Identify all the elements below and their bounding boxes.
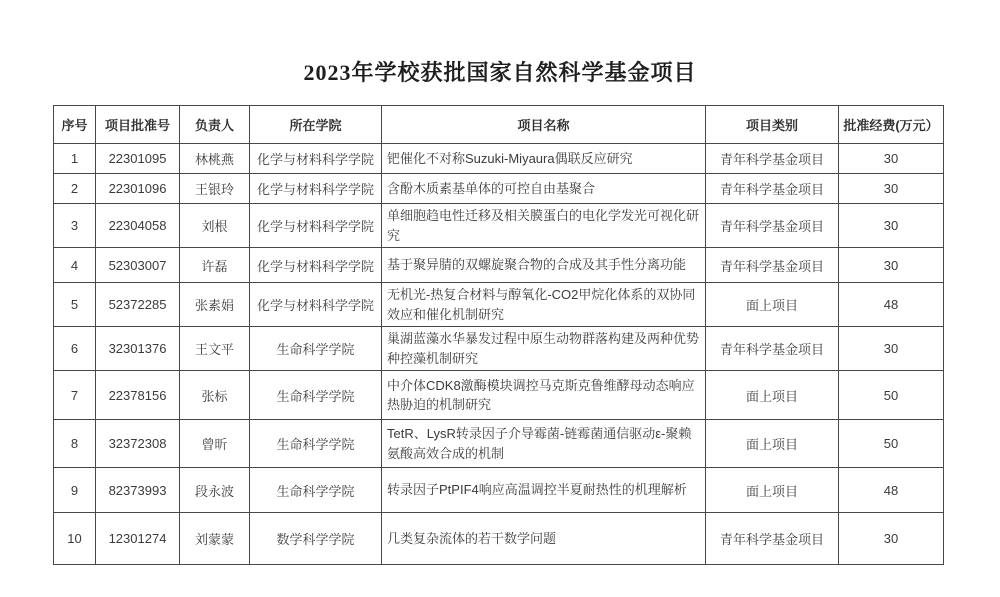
cell-serial-number: 7 bbox=[54, 371, 96, 420]
cell-project-category: 面上项目 bbox=[706, 420, 839, 468]
cell-serial-number: 1 bbox=[54, 144, 96, 174]
cell-project-category: 青年科学基金项目 bbox=[706, 174, 839, 204]
header-project-title: 项目名称 bbox=[382, 106, 706, 144]
cell-college: 化学与材料科学学院 bbox=[250, 204, 382, 248]
cell-project-title: 无机光-热复合材料与醇氧化-CO2甲烷化体系的双协同效应和催化机制研究 bbox=[382, 283, 706, 327]
cell-principal-investigator: 林桃燕 bbox=[180, 144, 250, 174]
header-grant-number: 项目批准号 bbox=[96, 106, 180, 144]
cell-principal-investigator: 曾昕 bbox=[180, 420, 250, 468]
cell-project-category: 青年科学基金项目 bbox=[706, 513, 839, 565]
cell-project-title: 钯催化不对称Suzuki-Miyaura偶联反应研究 bbox=[382, 144, 706, 174]
table-row: 2 22301096 王银玲 化学与材料科学学院 含酚木质素基单体的可控自由基聚… bbox=[54, 174, 944, 204]
cell-grant-number: 22378156 bbox=[96, 371, 180, 420]
table-row: 4 52303007 许磊 化学与材料科学学院 基于聚异腈的双螺旋聚合物的合成及… bbox=[54, 248, 944, 283]
cell-serial-number: 5 bbox=[54, 283, 96, 327]
cell-serial-number: 3 bbox=[54, 204, 96, 248]
cell-principal-investigator: 许磊 bbox=[180, 248, 250, 283]
table-row: 10 12301274 刘蒙蒙 数学科学学院 几类复杂流体的若干数学问题 青年科… bbox=[54, 513, 944, 565]
cell-project-category: 面上项目 bbox=[706, 371, 839, 420]
table-row: 7 22378156 张标 生命科学学院 中介体CDK8激酶模块调控马克斯克鲁维… bbox=[54, 371, 944, 420]
cell-college: 化学与材料科学学院 bbox=[250, 283, 382, 327]
cell-approved-budget: 30 bbox=[839, 327, 944, 371]
header-project-category: 项目类别 bbox=[706, 106, 839, 144]
cell-approved-budget: 30 bbox=[839, 248, 944, 283]
header-college: 所在学院 bbox=[250, 106, 382, 144]
cell-grant-number: 32301376 bbox=[96, 327, 180, 371]
cell-project-title: 转录因子PtPIF4响应高温调控半夏耐热性的机理解析 bbox=[382, 468, 706, 513]
cell-principal-investigator: 张素娟 bbox=[180, 283, 250, 327]
table-row: 5 52372285 张素娟 化学与材料科学学院 无机光-热复合材料与醇氧化-C… bbox=[54, 283, 944, 327]
cell-project-title: 基于聚异腈的双螺旋聚合物的合成及其手性分离功能 bbox=[382, 248, 706, 283]
cell-principal-investigator: 王银玲 bbox=[180, 174, 250, 204]
cell-project-category: 青年科学基金项目 bbox=[706, 327, 839, 371]
cell-college: 化学与材料科学学院 bbox=[250, 144, 382, 174]
cell-grant-number: 22301095 bbox=[96, 144, 180, 174]
header-principal-investigator: 负责人 bbox=[180, 106, 250, 144]
cell-college: 数学科学学院 bbox=[250, 513, 382, 565]
projects-table: 序号 项目批准号 负责人 所在学院 项目名称 项目类别 批准经费(万元） 1 2… bbox=[53, 105, 944, 565]
cell-college: 生命科学学院 bbox=[250, 371, 382, 420]
header-approved-budget: 批准经费(万元） bbox=[839, 106, 944, 144]
table-row: 8 32372308 曾昕 生命科学学院 TetR、LysR转录因子介导霉菌-链… bbox=[54, 420, 944, 468]
cell-project-category: 面上项目 bbox=[706, 468, 839, 513]
cell-serial-number: 9 bbox=[54, 468, 96, 513]
cell-serial-number: 6 bbox=[54, 327, 96, 371]
cell-principal-investigator: 刘蒙蒙 bbox=[180, 513, 250, 565]
cell-project-title: 几类复杂流体的若干数学问题 bbox=[382, 513, 706, 565]
cell-grant-number: 12301274 bbox=[96, 513, 180, 565]
cell-project-title: 中介体CDK8激酶模块调控马克斯克鲁维酵母动态响应热胁迫的机制研究 bbox=[382, 371, 706, 420]
table-header-row: 序号 项目批准号 负责人 所在学院 项目名称 项目类别 批准经费(万元） bbox=[54, 106, 944, 144]
cell-college: 生命科学学院 bbox=[250, 468, 382, 513]
cell-college: 化学与材料科学学院 bbox=[250, 248, 382, 283]
cell-project-category: 青年科学基金项目 bbox=[706, 248, 839, 283]
table-row: 9 82373993 段永波 生命科学学院 转录因子PtPIF4响应高温调控半夏… bbox=[54, 468, 944, 513]
cell-approved-budget: 30 bbox=[839, 204, 944, 248]
cell-college: 生命科学学院 bbox=[250, 327, 382, 371]
cell-project-title: 单细胞趋电性迁移及相关膜蛋白的电化学发光可视化研究 bbox=[382, 204, 706, 248]
cell-serial-number: 4 bbox=[54, 248, 96, 283]
cell-serial-number: 2 bbox=[54, 174, 96, 204]
cell-grant-number: 32372308 bbox=[96, 420, 180, 468]
cell-grant-number: 52303007 bbox=[96, 248, 180, 283]
cell-serial-number: 8 bbox=[54, 420, 96, 468]
cell-principal-investigator: 张标 bbox=[180, 371, 250, 420]
cell-grant-number: 22301096 bbox=[96, 174, 180, 204]
cell-project-title: 巢湖蓝藻水华暴发过程中原生动物群落构建及两种优势种控藻机制研究 bbox=[382, 327, 706, 371]
cell-project-title: 含酚木质素基单体的可控自由基聚合 bbox=[382, 174, 706, 204]
cell-project-category: 青年科学基金项目 bbox=[706, 204, 839, 248]
cell-project-category: 面上项目 bbox=[706, 283, 839, 327]
cell-college: 生命科学学院 bbox=[250, 420, 382, 468]
cell-serial-number: 10 bbox=[54, 513, 96, 565]
cell-approved-budget: 48 bbox=[839, 283, 944, 327]
cell-principal-investigator: 王文平 bbox=[180, 327, 250, 371]
cell-project-category: 青年科学基金项目 bbox=[706, 144, 839, 174]
cell-approved-budget: 48 bbox=[839, 468, 944, 513]
page-title: 2023年学校获批国家自然科学基金项目 bbox=[0, 56, 1000, 87]
cell-approved-budget: 50 bbox=[839, 420, 944, 468]
cell-grant-number: 22304058 bbox=[96, 204, 180, 248]
cell-approved-budget: 30 bbox=[839, 513, 944, 565]
cell-grant-number: 52372285 bbox=[96, 283, 180, 327]
cell-approved-budget: 50 bbox=[839, 371, 944, 420]
cell-approved-budget: 30 bbox=[839, 174, 944, 204]
header-serial-number: 序号 bbox=[54, 106, 96, 144]
cell-project-title: TetR、LysR转录因子介导霉菌-链霉菌通信驱动ε-聚赖氨酸高效合成的机制 bbox=[382, 420, 706, 468]
table-row: 1 22301095 林桃燕 化学与材料科学学院 钯催化不对称Suzuki-Mi… bbox=[54, 144, 944, 174]
cell-principal-investigator: 刘根 bbox=[180, 204, 250, 248]
cell-principal-investigator: 段永波 bbox=[180, 468, 250, 513]
cell-grant-number: 82373993 bbox=[96, 468, 180, 513]
cell-college: 化学与材料科学学院 bbox=[250, 174, 382, 204]
table-row: 3 22304058 刘根 化学与材料科学学院 单细胞趋电性迁移及相关膜蛋白的电… bbox=[54, 204, 944, 248]
table-row: 6 32301376 王文平 生命科学学院 巢湖蓝藻水华暴发过程中原生动物群落构… bbox=[54, 327, 944, 371]
cell-approved-budget: 30 bbox=[839, 144, 944, 174]
